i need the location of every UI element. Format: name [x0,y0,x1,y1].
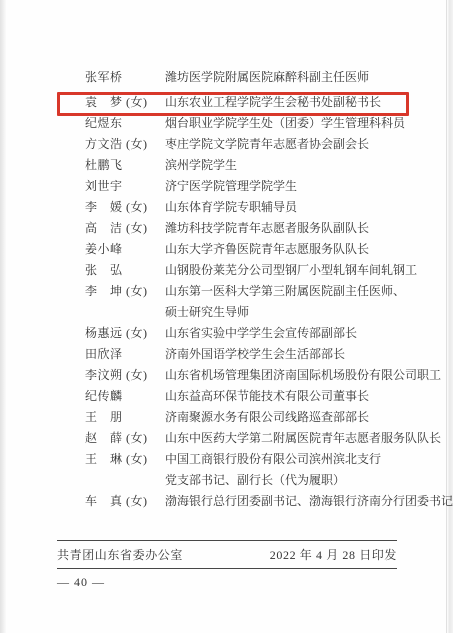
roster-row: 车 真 (女) 渤海银行总行团委副书记、渤海银行济南分行团委书记 [58,491,407,512]
person-title: 烟台职业学院学生处（团委）学生管理科科员 [165,113,405,134]
person-name: 李汶朔 (女) [85,365,165,386]
roster-row: 纪传麟 山东益高环保节能技术有限公司董事长 [58,386,407,407]
roster-row: 张军桥 潍坊医学院附属医院麻醉科副主任医师 [58,67,407,88]
roster-row: 杜鹏飞 滨州学院学生 [58,155,407,176]
person-name: 杨惠远 (女) [85,323,165,344]
footer-print-date: 2022 年 4 月 28 日印发 [270,545,397,566]
person-name: 姜小峰 [85,239,165,260]
roster-row: 姜小峰 山东大学齐鲁医院青年志愿服务队队长 [58,239,407,260]
roster-row: 李汶朔 (女) 山东省机场管理集团济南国际机场股份有限公司职工 [58,365,407,386]
roster-row: 袁 梦 (女) 山东农业工程学院学生会秘书处副秘书长 [58,92,407,113]
roster-row: 李 媛 (女) 山东体育学院专职辅导员 [58,197,407,218]
person-title: 枣庄学院文学院青年志愿者协会副会长 [165,134,369,155]
roster-row: 纪煜东 烟台职业学院学生处（团委）学生管理科科员 [58,113,407,134]
page-number: — 40 — [57,575,105,590]
person-title: 党支部书记、副行长（代为履职） [165,470,345,491]
roster-row: 党支部书记、副行长（代为履职） [58,470,407,491]
roster-row: 赵 薛 (女) 山东中医药大学第二附属医院青年志愿者服务队队长 [58,428,407,449]
roster-row: 硕士研究生导师 [58,302,407,323]
footer-issuer: 共青团山东省委办公室 [57,545,183,566]
roster-row: 高 洁 (女) 潍坊科技学院青年志愿者服务队副队长 [58,218,407,239]
person-title: 中国工商银行股份有限公司滨州滨北支行 [165,449,381,470]
person-title: 潍坊医学院附属医院麻醉科副主任医师 [165,67,369,88]
footer: 共青团山东省委办公室 2022 年 4 月 28 日印发 [57,545,397,566]
person-name: 杜鹏飞 [85,155,165,176]
footer-rule-top [57,540,397,541]
footer-rule-bottom [57,568,397,569]
roster-row: 李 坤 (女) 山东第一医科大学第三附属医院副主任医师、 [58,281,407,302]
person-name: 纪传麟 [85,386,165,407]
person-title: 渤海银行总行团委副书记、渤海银行济南分行团委书记 [165,491,453,512]
award-roster-list: 张军桥 潍坊医学院附属医院麻醉科副主任医师 袁 梦 (女) 山东农业工程学院学生… [58,67,407,512]
person-name: 王 琳 (女) [85,449,165,470]
person-title: 济南外国语学校学生会生活部部长 [165,344,345,365]
roster-row: 张 弘 山钢股份莱芜分公司型钢厂小型轧钢车间轧钢工 [58,260,407,281]
person-name: 高 洁 (女) [85,218,165,239]
person-title: 山东益高环保节能技术有限公司董事长 [165,386,369,407]
person-name: 李 坤 (女) [85,281,165,302]
person-title: 潍坊科技学院青年志愿者服务队副队长 [165,218,369,239]
person-title: 山东第一医科大学第三附属医院副主任医师、 [165,281,405,302]
person-name: 张 弘 [85,260,165,281]
person-title: 山东中医药大学第二附属医院青年志愿者服务队队长 [165,428,441,449]
roster-row: 方文浩 (女) 枣庄学院文学院青年志愿者协会副会长 [58,134,407,155]
scan-edge-right [446,0,453,633]
person-title: 硕士研究生导师 [165,302,249,323]
person-name: 王 朋 [85,407,165,428]
person-name [85,470,165,491]
person-name: 张军桥 [85,67,165,88]
roster-row: 王 朋 济南聚源水务有限公司线路巡查部部长 [58,407,407,428]
roster-row: 田欣泽 济南外国语学校学生会生活部部长 [58,344,407,365]
person-title: 山东大学齐鲁医院青年志愿服务队队长 [165,239,369,260]
person-title: 山东农业工程学院学生会秘书处副秘书长 [165,92,381,113]
roster-row: 刘世宇 济宁医学院管理学院学生 [58,176,407,197]
person-name: 刘世宇 [85,176,165,197]
person-title: 山东省实验中学学生会宣传部副部长 [165,323,357,344]
person-name: 田欣泽 [85,344,165,365]
person-title: 济南聚源水务有限公司线路巡查部部长 [165,407,369,428]
roster-row: 杨惠远 (女) 山东省实验中学学生会宣传部副部长 [58,323,407,344]
roster-row: 王 琳 (女) 中国工商银行股份有限公司滨州滨北支行 [58,449,407,470]
person-name: 赵 薛 (女) [85,428,165,449]
scan-edge-left [0,0,6,633]
person-title: 山钢股份莱芜分公司型钢厂小型轧钢车间轧钢工 [165,260,417,281]
person-title: 山东体育学院专职辅导员 [165,197,297,218]
person-title: 济宁医学院管理学院学生 [165,176,297,197]
person-name: 纪煜东 [85,113,165,134]
person-name: 方文浩 (女) [85,134,165,155]
person-name: 李 媛 (女) [85,197,165,218]
person-name: 袁 梦 (女) [85,92,165,113]
person-name: 车 真 (女) [85,491,165,512]
person-title: 滨州学院学生 [165,155,237,176]
person-name [85,302,165,323]
person-title: 山东省机场管理集团济南国际机场股份有限公司职工 [165,365,441,386]
